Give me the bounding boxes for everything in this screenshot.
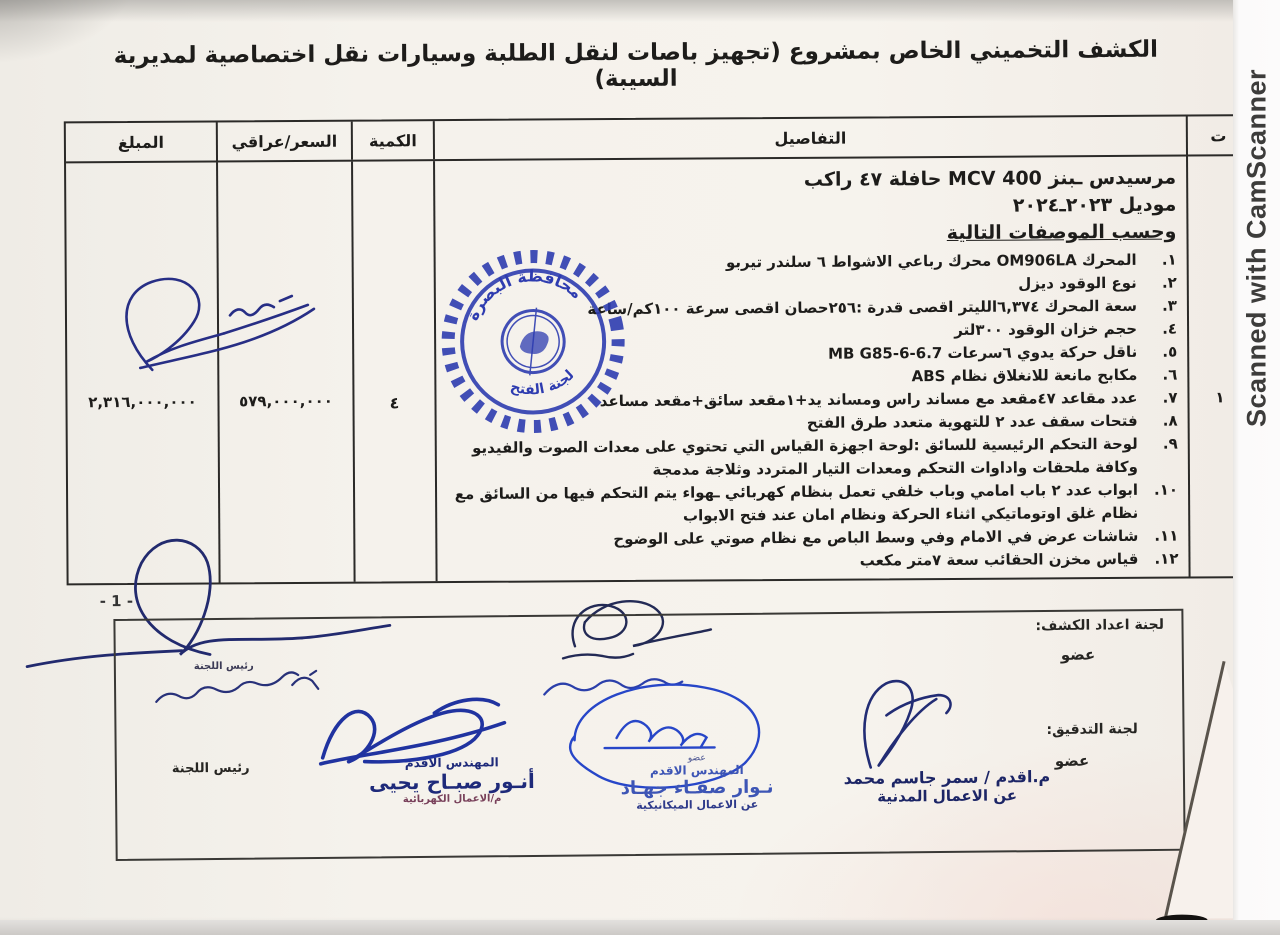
cell-qty: ٤ <box>351 161 436 581</box>
cell-price: ٥٧٩,٠٠٠,٠٠٠ <box>216 162 354 583</box>
table-header-row: المبلغ السعر/عراقي الكمية التفاصيل ت <box>66 116 1233 163</box>
chairman-small-label: رئيس اللجنة <box>194 661 254 673</box>
civil-signature-block: م.اقدم / سمر جاسم محمد عن الاعمال المدني… <box>817 767 1077 806</box>
spec-item-9: ٩.لوحة التحكم الرئيسية للسائق :لوحة اجهز… <box>443 433 1178 483</box>
prep-member-label: عضو <box>1061 646 1096 664</box>
header-no: ت <box>1186 116 1233 154</box>
camscanner-watermark: Scanned with CamScanner <box>1242 69 1273 427</box>
spec-num: ٩. <box>1138 433 1178 479</box>
document-title: الكشف التخميني الخاص بمشروع (تجهيز باصات… <box>83 37 1188 96</box>
mechanical-name: نـوار صفـاء جهـاد <box>587 776 807 799</box>
header-details: التفاصيل <box>433 117 1186 160</box>
mechanical-signature-block: عضو المهندس الاقدم نـوار صفـاء جهـاد عن … <box>587 752 808 812</box>
spec-item-12: ١٢.قياس مخزن الحقائب سعة ٧متر مكعب <box>443 548 1178 575</box>
cell-no: ١ <box>1186 156 1233 576</box>
civil-name: م.اقدم / سمر جاسم محمد <box>817 767 1077 788</box>
spec-num: ٧. <box>1137 387 1177 410</box>
civil-dept: عن الاعمال المدنية <box>817 786 1077 806</box>
audit-committee-label: لجنة التدقيق: <box>1046 721 1138 738</box>
spec-num: ١٠. <box>1138 479 1178 525</box>
spec-num: ٣. <box>1137 295 1177 318</box>
amount-value: ٢,٣١٦,٠٠٠,٠٠٠ <box>67 392 217 411</box>
table-row: ٢,٣١٦,٠٠٠,٠٠٠ ٥٧٩,٠٠٠,٠٠٠ ٤ مرسيدس ـبنز … <box>66 156 1233 583</box>
spec-num: ١١. <box>1138 525 1178 548</box>
cell-amount: ٢,٣١٦,٠٠٠,٠٠٠ <box>66 162 219 583</box>
spec-text: لوحة التحكم الرئيسية للسائق :لوحة اجهزة … <box>443 433 1138 483</box>
spec-num: ٨. <box>1138 410 1178 433</box>
specs-heading: وحسب الموصفات التالية <box>441 219 1176 250</box>
row-number: ١ <box>1189 388 1233 406</box>
header-qty: الكمية <box>351 121 433 160</box>
scan-bottom-edge <box>0 920 1280 935</box>
spec-text: قياس مخزن الحقائب سعة ٧متر مكعب <box>443 548 1138 575</box>
spec-num: ١. <box>1137 249 1177 272</box>
spec-item-10: ١٠.ابواب عدد ٢ باب امامي وباب خلفي تعمل … <box>443 479 1178 529</box>
specs-list: ١.المحرك OM906LA محرك رباعي الاشواط ٦ سل… <box>442 249 1179 575</box>
spec-num: ٤. <box>1137 318 1177 341</box>
spec-text: ابواب عدد ٢ باب امامي وباب خلفي تعمل بنظ… <box>443 479 1138 529</box>
electrical-dept: م/الاعمال الكهربائية <box>337 793 567 806</box>
chairman-label: رئيس اللجنة <box>172 761 250 777</box>
spec-num: ١٢. <box>1138 548 1178 571</box>
cell-details: مرسيدس ـبنز MCV 400 حافلة ٤٧ راكب موديل … <box>433 157 1189 582</box>
header-price: السعر/عراقي <box>216 122 351 161</box>
electrical-name: أنـور صبـاح يحيى <box>337 769 567 795</box>
header-amount: المبلغ <box>66 122 216 161</box>
spec-num: ٦. <box>1137 364 1177 387</box>
details-text: مرسيدس ـبنز MCV 400 حافلة ٤٧ راكب موديل … <box>435 157 1189 576</box>
page-number: - 1 - <box>100 592 133 610</box>
committee-box: لجنة اعداد الكشف: عضو لجنة التدقيق: عضو … <box>113 609 1185 861</box>
paper-scan: الكشف التخميني الخاص بمشروع (تجهيز باصات… <box>0 0 1233 935</box>
mechanical-dept: عن الاعمال الميكانيكية <box>587 797 807 812</box>
camscanner-strip: Scanned with CamScanner <box>1233 0 1280 935</box>
prep-committee-label: لجنة اعداد الكشف: <box>1035 617 1164 634</box>
estimate-table: المبلغ السعر/عراقي الكمية التفاصيل ت ٢,٣… <box>64 114 1233 585</box>
document-content: الكشف التخميني الخاص بمشروع (تجهيز باصات… <box>0 0 1233 935</box>
scanned-page: الكشف التخميني الخاص بمشروع (تجهيز باصات… <box>0 0 1280 935</box>
spec-num: ٢. <box>1137 272 1177 295</box>
qty-value: ٤ <box>354 393 434 412</box>
price-value: ٥٧٩,٠٠٠,٠٠٠ <box>219 392 352 411</box>
electrical-signature-block: المهندس الاقدم أنـور صبـاح يحيى م/الاعما… <box>337 755 567 806</box>
spec-num: ٥. <box>1137 341 1177 364</box>
